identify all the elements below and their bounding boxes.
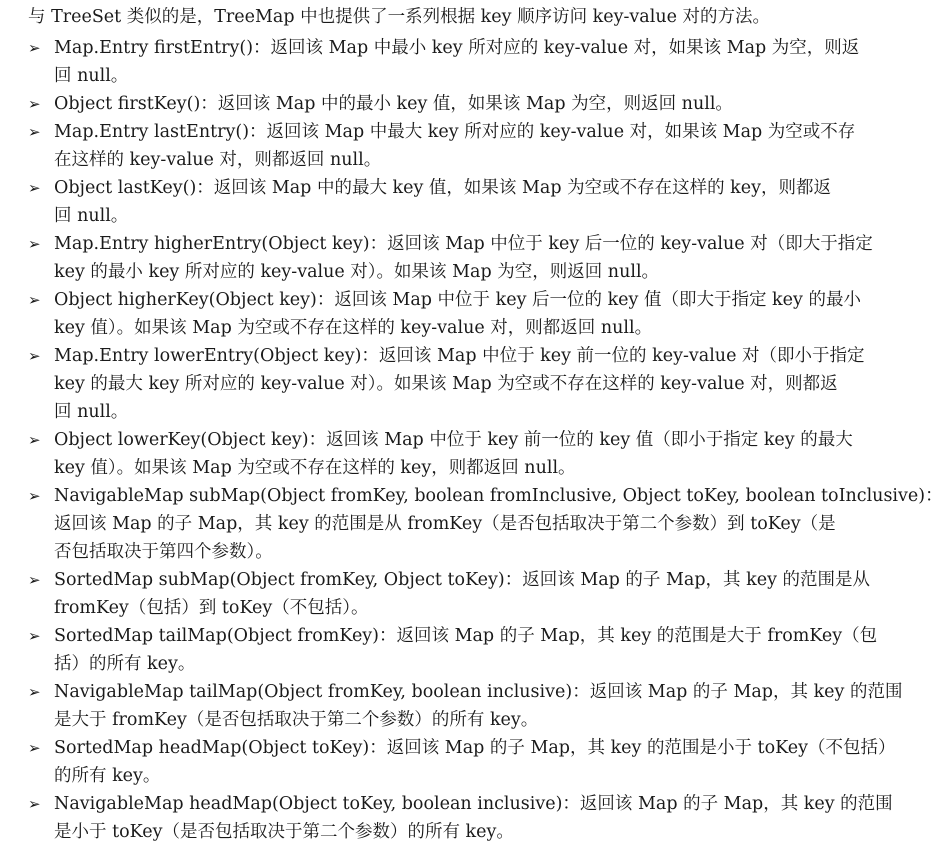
text-line: Map.Entry higherEntry(Object key)：返回该 Ma…: [54, 230, 888, 258]
text-line: SortedMap tailMap(Object fromKey)：返回该 Ma…: [54, 622, 888, 650]
arrow-bullet-icon: ➢: [28, 34, 48, 62]
method-description: Map.Entry lowerEntry(Object key)：返回该 Map…: [54, 342, 888, 426]
text-line: fromKey（包括）到 toKey（不包括）。: [54, 594, 888, 622]
arrow-bullet-icon: ➢: [28, 426, 48, 454]
method-list-item: ➢NavigableMap subMap(Object fromKey, boo…: [28, 482, 888, 566]
text-line: 在这样的 key-value 对，则都返回 null。: [54, 146, 888, 174]
method-list-item: ➢SortedMap subMap(Object fromKey, Object…: [28, 566, 888, 622]
method-description: Object lastKey()：返回该 Map 中的最大 key 值，如果该 …: [54, 174, 888, 230]
method-description: NavigableMap subMap(Object fromKey, bool…: [54, 482, 888, 566]
text-line: 回 null。: [54, 398, 888, 426]
text-line: key 值）。如果该 Map 为空或不存在这样的 key-value 对，则都返…: [54, 314, 888, 342]
text-line: Map.Entry lastEntry()：返回该 Map 中最大 key 所对…: [54, 118, 888, 146]
method-list-item: ➢SortedMap headMap(Object toKey)：返回该 Map…: [28, 734, 888, 790]
method-list-item: ➢Object lowerKey(Object key)：返回该 Map 中位于…: [28, 426, 888, 482]
method-list-item: ➢Object firstKey()：返回该 Map 中的最小 key 值，如果…: [28, 90, 888, 118]
text-line: SortedMap headMap(Object toKey)：返回该 Map …: [54, 734, 888, 762]
arrow-bullet-icon: ➢: [28, 678, 48, 706]
arrow-bullet-icon: ➢: [28, 230, 48, 258]
arrow-bullet-icon: ➢: [28, 174, 48, 202]
method-description: SortedMap subMap(Object fromKey, Object …: [54, 566, 888, 622]
text-line: SortedMap subMap(Object fromKey, Object …: [54, 566, 888, 594]
method-list-item: ➢NavigableMap headMap(Object toKey, bool…: [28, 790, 888, 846]
arrow-bullet-icon: ➢: [28, 90, 48, 118]
text-line: 返回该 Map 的子 Map，其 key 的范围是从 fromKey（是否包括取…: [54, 510, 888, 538]
text-line: Map.Entry lowerEntry(Object key)：返回该 Map…: [54, 342, 888, 370]
text-line: 是小于 toKey（是否包括取决于第二个参数）的所有 key。: [54, 818, 888, 846]
method-description: NavigableMap headMap(Object toKey, boole…: [54, 790, 888, 846]
text-line: Object firstKey()：返回该 Map 中的最小 key 值，如果该…: [54, 90, 888, 118]
arrow-bullet-icon: ➢: [28, 566, 48, 594]
method-description: Object lowerKey(Object key)：返回该 Map 中位于 …: [54, 426, 888, 482]
arrow-bullet-icon: ➢: [28, 790, 48, 818]
method-list-item: ➢Object lastKey()：返回该 Map 中的最大 key 值，如果该…: [28, 174, 888, 230]
text-line: key 值）。如果该 Map 为空或不存在这样的 key，则都返回 null。: [54, 454, 888, 482]
method-description: SortedMap headMap(Object toKey)：返回该 Map …: [54, 734, 888, 790]
text-line: Object lowerKey(Object key)：返回该 Map 中位于 …: [54, 426, 888, 454]
text-line: 的所有 key。: [54, 762, 888, 790]
method-description: Map.Entry higherEntry(Object key)：返回该 Ma…: [54, 230, 888, 286]
method-description: Object firstKey()：返回该 Map 中的最小 key 值，如果该…: [54, 90, 888, 118]
text-line: 回 null。: [54, 202, 888, 230]
arrow-bullet-icon: ➢: [28, 342, 48, 370]
method-list-item: ➢NavigableMap tailMap(Object fromKey, bo…: [28, 678, 888, 734]
text-line: Map.Entry firstEntry()：返回该 Map 中最小 key 所…: [54, 34, 888, 62]
method-list-item: ➢Map.Entry firstEntry()：返回该 Map 中最小 key …: [28, 34, 888, 90]
text-line: NavigableMap headMap(Object toKey, boole…: [54, 790, 888, 818]
text-line: 括）的所有 key。: [54, 650, 888, 678]
method-list-item: ➢Object higherKey(Object key)：返回该 Map 中位…: [28, 286, 888, 342]
text-line: NavigableMap subMap(Object fromKey, bool…: [54, 482, 888, 510]
text-line: Object lastKey()：返回该 Map 中的最大 key 值，如果该 …: [54, 174, 888, 202]
text-line: key 的最大 key 所对应的 key-value 对）。如果该 Map 为空…: [54, 370, 888, 398]
arrow-bullet-icon: ➢: [28, 286, 48, 314]
method-description: NavigableMap tailMap(Object fromKey, boo…: [54, 678, 888, 734]
arrow-bullet-icon: ➢: [28, 482, 48, 510]
arrow-bullet-icon: ➢: [28, 622, 48, 650]
method-description: SortedMap tailMap(Object fromKey)：返回该 Ma…: [54, 622, 888, 678]
method-list-item: ➢SortedMap tailMap(Object fromKey)：返回该 M…: [28, 622, 888, 678]
text-line: NavigableMap tailMap(Object fromKey, boo…: [54, 678, 888, 706]
text-line: 否包括取决于第四个参数）。: [54, 538, 888, 566]
method-list-item: ➢Map.Entry higherEntry(Object key)：返回该 M…: [28, 230, 888, 286]
text-line: Object higherKey(Object key)：返回该 Map 中位于…: [54, 286, 888, 314]
method-description: Object higherKey(Object key)：返回该 Map 中位于…: [54, 286, 888, 342]
method-description: Map.Entry lastEntry()：返回该 Map 中最大 key 所对…: [54, 118, 888, 174]
intro-paragraph: 与 TreeSet 类似的是，TreeMap 中也提供了一系列根据 key 顺序…: [28, 3, 770, 31]
method-list-item: ➢Map.Entry lastEntry()：返回该 Map 中最大 key 所…: [28, 118, 888, 174]
method-description: Map.Entry firstEntry()：返回该 Map 中最小 key 所…: [54, 34, 888, 90]
text-line: 是大于 fromKey（是否包括取决于第二个参数）的所有 key。: [54, 706, 888, 734]
arrow-bullet-icon: ➢: [28, 118, 48, 146]
arrow-bullet-icon: ➢: [28, 734, 48, 762]
text-line: 回 null。: [54, 62, 888, 90]
method-list-item: ➢Map.Entry lowerEntry(Object key)：返回该 Ma…: [28, 342, 888, 426]
text-line: key 的最小 key 所对应的 key-value 对）。如果该 Map 为空…: [54, 258, 888, 286]
